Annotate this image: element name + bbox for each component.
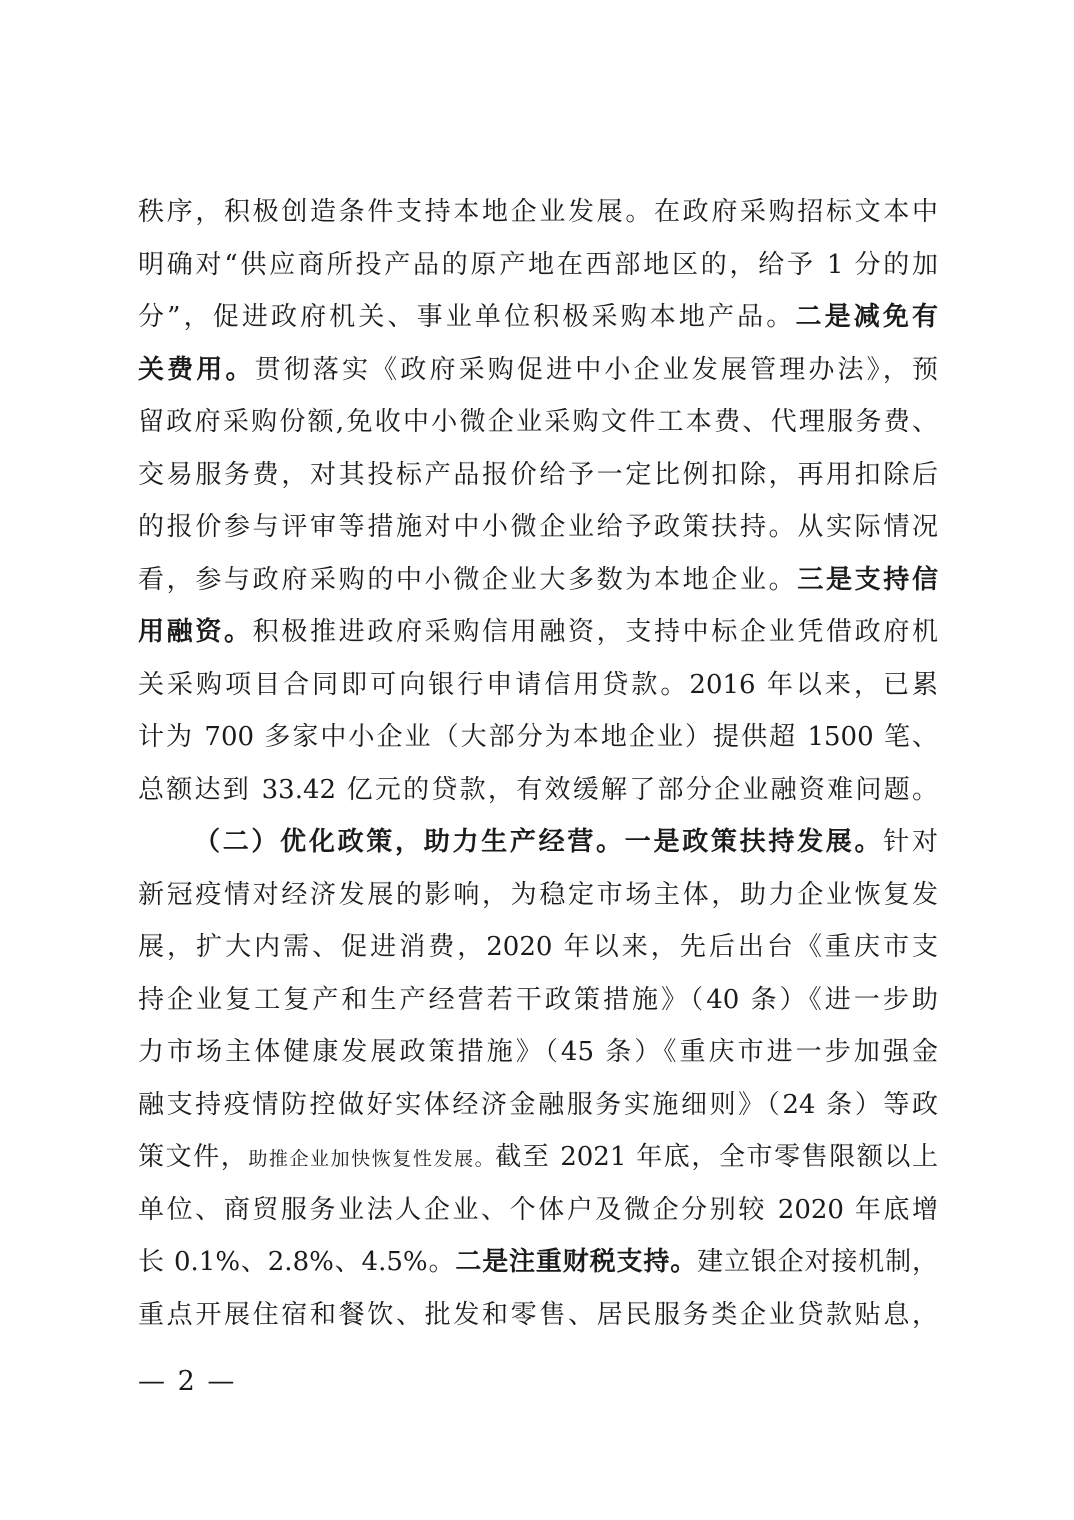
body-text: 展，扩大内需、促进消费，2020 年以来，先后出台《重庆市支 xyxy=(138,932,938,962)
emphasis-text: （二）优化政策，助力生产经营。 xyxy=(194,827,625,857)
text-line: 关费用。贯彻落实《政府采购促进中小企业发展管理办法》，预 xyxy=(138,344,938,397)
text-line: 策文件，助推企业加快恢复性发展。截至 2021 年底，全市零售限额以上 xyxy=(138,1131,938,1184)
body-text: 建立银企对接机制， xyxy=(697,1247,938,1277)
body-text: 策文件， xyxy=(138,1142,248,1172)
body-text: 新冠疫情对经济发展的影响，为稳定市场主体，助力企业恢复发 xyxy=(138,880,938,910)
text-line: 看，参与政府采购的中小微企业大多数为本地企业。三是支持信 xyxy=(138,554,938,607)
page-number: — 2 — xyxy=(138,1366,236,1397)
text-line: 留政府采购份额,免收中小微企业采购文件工本费、代理服务费、 xyxy=(138,396,938,449)
body-text: 融支持疫情防控做好实体经济金融服务实施细则》（24 条）等政 xyxy=(138,1090,938,1120)
emphasis-text: 关费用。 xyxy=(138,355,255,385)
body-text: 交易服务费，对其投标产品报价给予一定比例扣除，再用扣除后 xyxy=(138,460,938,490)
text-line: 展，扩大内需、促进消费，2020 年以来，先后出台《重庆市支 xyxy=(138,921,938,974)
body-text: 截至 2021 年底，全市零售限额以上 xyxy=(495,1142,938,1172)
body-text: 力市场主体健康发展政策措施》（45 条）《重庆市进一步加强金 xyxy=(138,1037,938,1067)
emphasis-text: 二是注重财税支持。 xyxy=(455,1247,697,1277)
text-line: 持企业复工复产和生产经营若干政策措施》（40 条）《进一步助 xyxy=(138,974,938,1027)
body-text: 看，参与政府采购的中小微企业大多数为本地企业。 xyxy=(138,565,797,595)
body-text: 长 0.1%、2.8%、4.5%。 xyxy=(138,1247,455,1277)
body-text: 持企业复工复产和生产经营若干政策措施》（40 条）《进一步助 xyxy=(138,985,938,1015)
text-line: 计为 700 多家中小企业（大部分为本地企业）提供超 1500 笔、 xyxy=(138,711,938,764)
text-line: 重点开展住宿和餐饮、批发和零售、居民服务类企业贷款贴息， xyxy=(138,1289,938,1342)
body-text: 关采购项目合同即可向银行申请信用贷款。2016 年以来，已累 xyxy=(138,670,938,700)
body-text: 秩序，积极创造条件支持本地企业发展。在政府采购招标文本中 xyxy=(138,197,938,227)
text-line: （二）优化政策，助力生产经营。一是政策扶持发展。针对 xyxy=(138,816,938,869)
document-body: 秩序，积极创造条件支持本地企业发展。在政府采购招标文本中明确对“供应商所投产品的… xyxy=(138,186,938,1341)
text-line: 交易服务费，对其投标产品报价给予一定比例扣除，再用扣除后 xyxy=(138,449,938,502)
text-line: 力市场主体健康发展政策措施》（45 条）《重庆市进一步加强金 xyxy=(138,1026,938,1079)
text-line: 用融资。积极推进政府采购信用融资，支持中标企业凭借政府机 xyxy=(138,606,938,659)
text-line: 总额达到 33.42 亿元的贷款，有效缓解了部分企业融资难问题。 xyxy=(138,764,938,817)
body-text: 单位、商贸服务业法人企业、个体户及微企分别较 2020 年底增 xyxy=(138,1195,938,1225)
text-line: 分”，促进政府机关、事业单位积极采购本地产品。二是减免有 xyxy=(138,291,938,344)
text-line: 长 0.1%、2.8%、4.5%。二是注重财税支持。建立银企对接机制， xyxy=(138,1236,938,1289)
body-text: 针对 xyxy=(883,827,938,857)
emphasis-text: 用融资。 xyxy=(138,617,253,647)
text-line: 明确对“供应商所投产品的原产地在西部地区的，给予 1 分的加 xyxy=(138,239,938,292)
text-line: 的报价参与评审等措施对中小微企业给予政策扶持。从实际情况 xyxy=(138,501,938,554)
inserted-small-text: 助推企业加快恢复性发展。 xyxy=(248,1148,495,1170)
text-line: 秩序，积极创造条件支持本地企业发展。在政府采购招标文本中 xyxy=(138,186,938,239)
body-text: 积极推进政府采购信用融资，支持中标企业凭借政府机 xyxy=(253,617,938,647)
body-text: 的报价参与评审等措施对中小微企业给予政策扶持。从实际情况 xyxy=(138,512,938,542)
body-text: 明确对“供应商所投产品的原产地在西部地区的，给予 1 分的加 xyxy=(138,250,938,280)
emphasis-text: 二是减免有 xyxy=(795,302,938,332)
text-line: 关采购项目合同即可向银行申请信用贷款。2016 年以来，已累 xyxy=(138,659,938,712)
body-text: 重点开展住宿和餐饮、批发和零售、居民服务类企业贷款贴息， xyxy=(138,1300,938,1330)
document-page: 秩序，积极创造条件支持本地企业发展。在政府采购招标文本中明确对“供应商所投产品的… xyxy=(0,0,1074,1520)
text-line: 新冠疫情对经济发展的影响，为稳定市场主体，助力企业恢复发 xyxy=(138,869,938,922)
body-text: 分”，促进政府机关、事业单位积极采购本地产品。 xyxy=(138,302,795,332)
body-text: 总额达到 33.42 亿元的贷款，有效缓解了部分企业融资难问题。 xyxy=(138,775,938,805)
emphasis-text: 三是支持信 xyxy=(797,565,938,595)
text-line: 单位、商贸服务业法人企业、个体户及微企分别较 2020 年底增 xyxy=(138,1184,938,1237)
body-text: 计为 700 多家中小企业（大部分为本地企业）提供超 1500 笔、 xyxy=(138,722,938,752)
text-line: 融支持疫情防控做好实体经济金融服务实施细则》（24 条）等政 xyxy=(138,1079,938,1132)
emphasis-text: 一是政策扶持发展。 xyxy=(625,827,883,857)
body-text: 留政府采购份额,免收中小微企业采购文件工本费、代理服务费、 xyxy=(138,407,938,437)
body-text: 贯彻落实《政府采购促进中小企业发展管理办法》，预 xyxy=(255,355,938,385)
